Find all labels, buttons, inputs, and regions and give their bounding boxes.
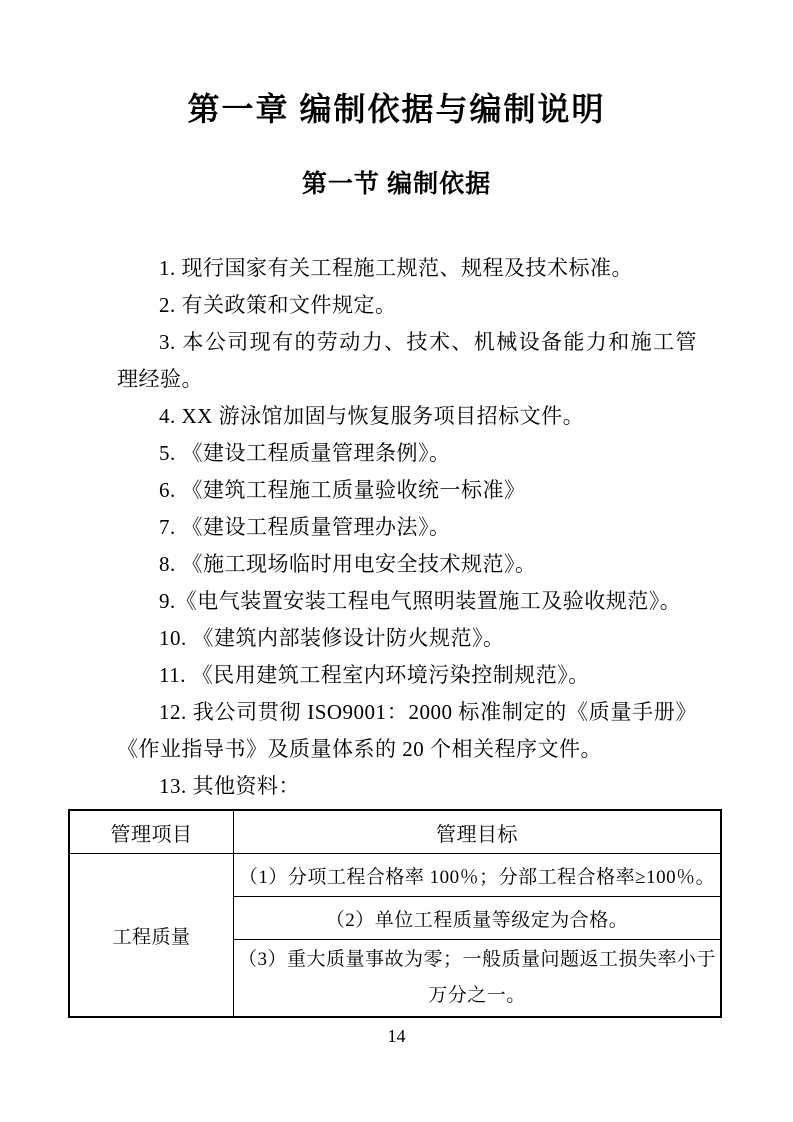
cell-goal-2: （2）单位工程质量等级定为合格。 <box>234 897 722 940</box>
document-page: 第一章 编制依据与编制说明 第一节 编制依据 1. 现行国家有关工程施工规范、规… <box>0 0 793 1122</box>
list-item-5: 5. 《建设工程质量管理条例》。 <box>117 435 697 472</box>
list-item-13: 13. 其他资料： <box>117 768 697 805</box>
body-text: 1. 现行国家有关工程施工规范、规程及技术标准。 2. 有关政策和文件规定。 3… <box>117 250 697 805</box>
management-goals-table: 管理项目 管理目标 工程质量 （1）分项工程合格率 100％；分部工程合格率≥1… <box>68 809 722 1018</box>
chapter-title: 第一章 编制依据与编制说明 <box>0 90 793 128</box>
list-item-6: 6. 《建筑工程施工质量验收统一标准》 <box>117 472 697 509</box>
page-number: 14 <box>0 1026 793 1047</box>
cell-goal-1: （1）分项工程合格率 100％；分部工程合格率≥100％。 <box>234 854 722 897</box>
list-item-10: 10. 《建筑内部装修设计防火规范》。 <box>117 620 697 657</box>
list-item-3: 3. 本公司现有的劳动力、技术、机械设备能力和施工管理经验。 <box>117 324 697 398</box>
table-header-row: 管理项目 管理目标 <box>69 810 721 854</box>
table-row: 工程质量 （1）分项工程合格率 100％；分部工程合格率≥100％。 <box>69 854 721 897</box>
list-item-4: 4. XX 游泳馆加固与恢复服务项目招标文件。 <box>117 398 697 435</box>
list-item-1: 1. 现行国家有关工程施工规范、规程及技术标准。 <box>117 250 697 287</box>
cell-project-quality: 工程质量 <box>69 854 234 1018</box>
header-management-project: 管理项目 <box>69 810 234 854</box>
cell-goal-3: （3）重大质量事故为零；一般质量问题返工损失率小于万分之一。 <box>234 940 722 1018</box>
section-title: 第一节 编制依据 <box>0 170 793 200</box>
list-item-8: 8. 《施工现场临时用电安全技术规范》。 <box>117 546 697 583</box>
list-item-2: 2. 有关政策和文件规定。 <box>117 287 697 324</box>
header-management-goal: 管理目标 <box>234 810 722 854</box>
list-item-9: 9.《电气装置安装工程电气照明装置施工及验收规范》。 <box>117 583 697 620</box>
list-item-7: 7. 《建设工程质量管理办法》。 <box>117 509 697 546</box>
list-item-12: 12. 我公司贯彻 ISO9001：2000 标准制定的《质量手册》《作业指导书… <box>117 694 697 768</box>
list-item-11: 11. 《民用建筑工程室内环境污染控制规范》。 <box>117 657 697 694</box>
